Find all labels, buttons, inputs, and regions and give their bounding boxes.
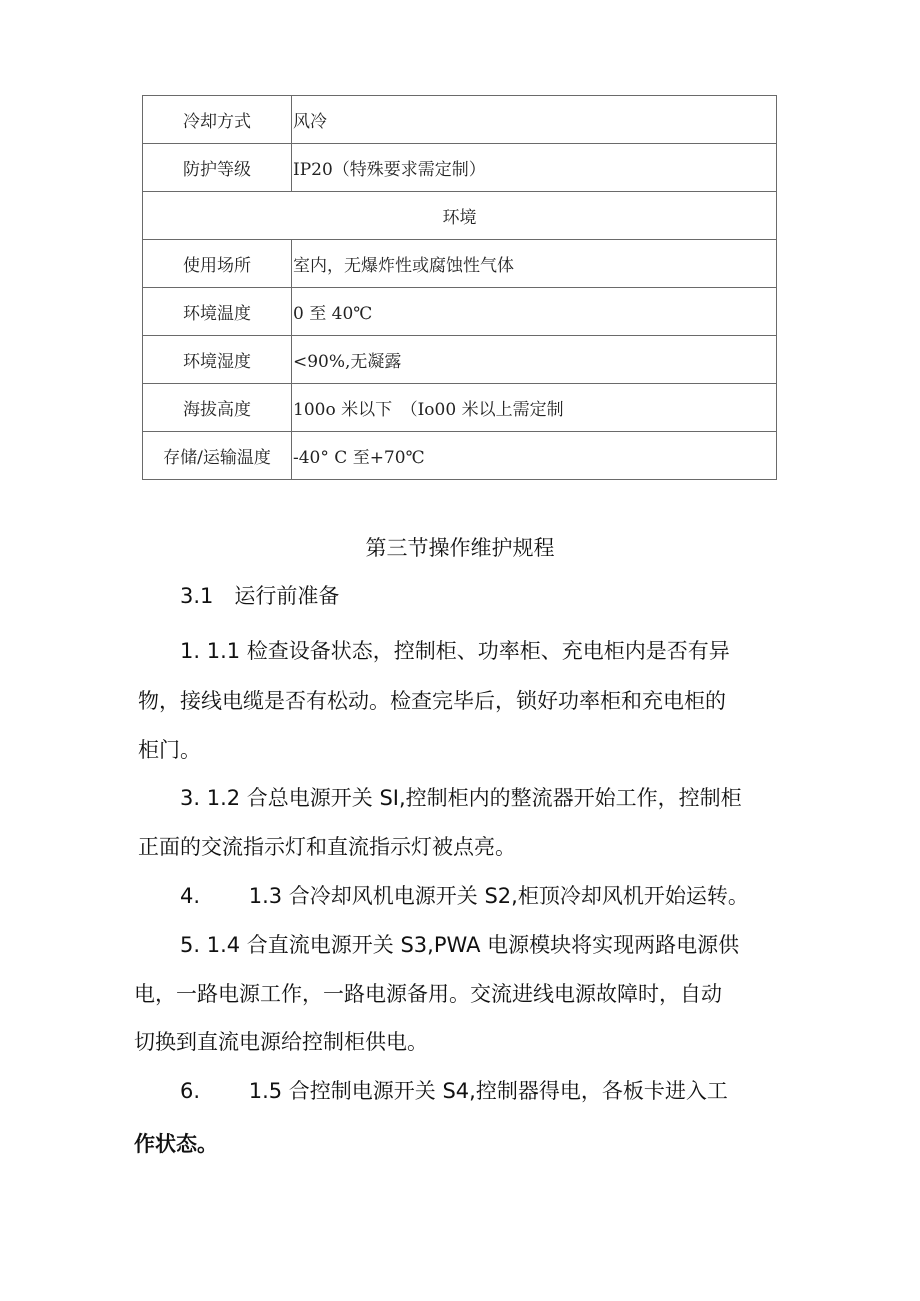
row-label: 使用场所 <box>143 240 292 288</box>
table-row: 防护等级 IP20（特殊要求需定制） <box>143 144 777 192</box>
paragraph-line: 正面的交流指示灯和直流指示灯被点亮。 <box>138 833 516 861</box>
table-row: 环境温度 0 至 40℃ <box>143 288 777 336</box>
row-value: 室内，无爆炸性或腐蚀性气体 <box>292 240 777 288</box>
row-label: 环境温度 <box>143 288 292 336</box>
spec-table: 冷却方式 风冷 防护等级 IP20（特殊要求需定制） 环境 使用场所 室内，无爆… <box>142 95 777 480</box>
row-label: 存储/运输温度 <box>143 432 292 480</box>
table-row: 使用场所 室内，无爆炸性或腐蚀性气体 <box>143 240 777 288</box>
row-value: <90%,无凝露 <box>292 336 777 384</box>
paragraph-line: 作状态。 <box>134 1130 218 1158</box>
row-value: IP20（特殊要求需定制） <box>292 144 777 192</box>
row-label: 环境湿度 <box>143 336 292 384</box>
paragraph-line: 6. 1.5 合控制电源开关 S4,控制器得电，各板卡进入工 <box>180 1077 728 1105</box>
table-row: 海拔高度 100o 米以下 （Io00 米以上需定制 <box>143 384 777 432</box>
paragraph-line: 电，一路电源工作，一路电源备用。交流进线电源故障时，自动 <box>134 980 722 1008</box>
subsection-heading: 3.1 运行前准备 <box>180 582 339 610</box>
row-value: 0 至 40℃ <box>292 288 777 336</box>
row-label: 冷却方式 <box>143 96 292 144</box>
table-section-row: 环境 <box>143 192 777 240</box>
section-title: 第三节操作维护规程 <box>0 534 920 562</box>
row-value: -40° C 至+70℃ <box>292 432 777 480</box>
paragraph-line: 4. 1.3 合冷却风机电源开关 S2,柜顶冷却风机开始运转。 <box>180 882 749 910</box>
table-row: 环境湿度 <90%,无凝露 <box>143 336 777 384</box>
row-value: 100o 米以下 （Io00 米以上需定制 <box>292 384 777 432</box>
section-header: 环境 <box>143 192 777 240</box>
paragraph-line: 1. 1.1 检查设备状态，控制柜、功率柜、充电柜内是否有异 <box>180 637 730 665</box>
document-page: 冷却方式 风冷 防护等级 IP20（特殊要求需定制） 环境 使用场所 室内，无爆… <box>0 0 920 1301</box>
paragraph-line: 柜门。 <box>138 736 201 764</box>
table-row: 冷却方式 风冷 <box>143 96 777 144</box>
paragraph-line: 切换到直流电源给控制柜供电。 <box>134 1028 428 1056</box>
paragraph-line: 5. 1.4 合直流电源开关 S3,PWA 电源模块将实现两路电源供 <box>180 931 739 959</box>
row-value: 风冷 <box>292 96 777 144</box>
row-label: 防护等级 <box>143 144 292 192</box>
paragraph-line: 3. 1.2 合总电源开关 SI,控制柜内的整流器开始工作，控制柜 <box>180 784 742 812</box>
table-row: 存储/运输温度 -40° C 至+70℃ <box>143 432 777 480</box>
paragraph-line: 物，接线电缆是否有松动。检查完毕后，锁好功率柜和充电柜的 <box>138 687 726 715</box>
row-label: 海拔高度 <box>143 384 292 432</box>
